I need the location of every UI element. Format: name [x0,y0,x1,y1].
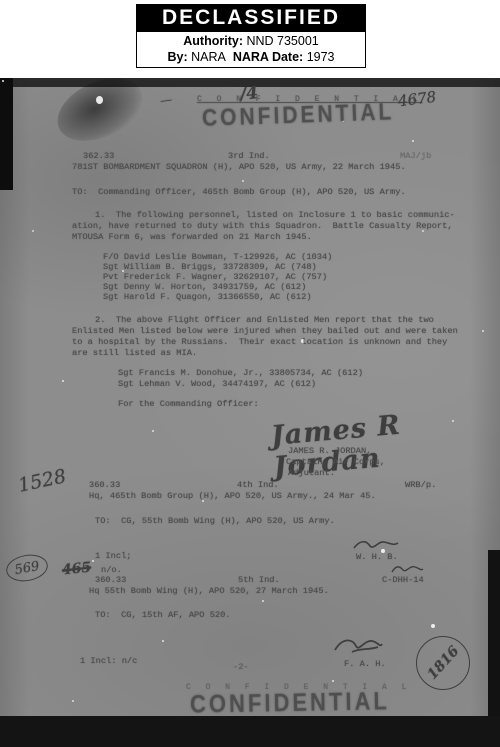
film-edge-bottom [0,716,500,747]
handwritten-register-number: 4678 [397,88,437,111]
nara-line: By: NARA NARA Date: 1973 [137,50,365,64]
mia-personnel-row: Sgt Lehman V. Wood, 34474197, AC (612) [118,379,316,389]
para1-line3: MTOUSA Form 6, was forwarded on 21 March… [72,232,312,242]
handwritten-check-mark: — [159,92,173,108]
nara-date-value: 1973 [307,50,335,64]
signer-initials-whb: W. H. B. [356,552,398,562]
authority-value: NND 735001 [246,34,318,48]
handwritten-circled-569: 569 [4,552,50,585]
from-line-3rd: 781ST BOMBARDMENT SQUADRON (H), APO 520,… [72,162,406,172]
indorsement-label-4th: 4th Ind. [237,480,279,490]
authority-label: Authority: [183,34,243,48]
file-number-5th: 360.33 [95,575,126,585]
by-value: NARA [191,50,226,64]
para1-line2: ation, have returned to duty with this S… [72,221,453,231]
incl-line-4th: 1 Incl; [95,551,132,561]
handwritten-circled-1816: 1816 [416,636,470,690]
personnel-row: Pvt Frederick F. Wagner, 32629107, AC (7… [103,272,327,282]
circled-number-text: 1816 [424,643,462,683]
reference-code: C-DHH-14 [382,575,424,585]
from-line-4th: Hq, 465th Bomb Group (H), APO 520, US Ar… [89,491,376,501]
handwritten-number-1528: 1528 [16,465,68,497]
page-marker: -2- [233,662,249,672]
indorsement-label-3rd: 3rd Ind. [228,151,270,161]
mia-personnel-row: Sgt Francis M. Donohue, Jr., 33805734, A… [118,368,363,378]
confidential-stamp-top: CONFIDENTIAL [202,99,395,133]
handwritten-mark-over-code [390,563,424,575]
file-number-3rd: 362.33 [83,151,114,161]
para1-line1: 1. The following personnel, listed on In… [95,210,455,220]
declassified-title: DECLASSIFIED [137,5,365,32]
to-line-3rd: TO: Commanding Officer, 465th Bomb Group… [72,187,406,197]
para2-line1: 2. The above Flight Officer and Enlisted… [95,315,434,325]
signer-name: JAMES R. JORDAN, [288,446,371,456]
film-edge-left [0,78,13,190]
para2-line4: are still listed as MIA. [72,348,197,358]
film-specks [2,80,4,82]
no-change-note: n/o. [101,565,122,575]
signer-initials-fah: F. A. H. [344,659,386,669]
file-number-4th: 360.33 [89,480,120,490]
punch-hole-highlight [96,96,103,104]
incl-line-5th: 1 Incl: n/c [80,656,137,666]
confidential-stamp-bottom: CONFIDENTIAL [190,686,390,719]
personnel-row: Sgt William B. Briggs, 33728309, AC (748… [103,262,317,272]
signer-title: Captain, Air Corps, [286,457,385,467]
para2-line2: Enlisted Men listed below were injured w… [72,326,458,336]
from-line-5th: Hq 55th Bomb Wing (H), APO 520, 27 March… [89,586,329,596]
declassified-banner: DECLASSIFIED Authority: NND 735001 By: N… [136,4,366,68]
authority-line: Authority: NND 735001 [137,34,365,48]
handwritten-struck-465: 465 [61,560,92,579]
for-commanding-officer-line: For the Commanding Officer: [118,399,259,409]
personnel-row: Sgt Denny W. Horton, 34931759, AC (612) [103,282,306,292]
signer-role: Adjutant. [288,468,335,478]
handwritten-initials-squiggle-whb [352,538,400,552]
personnel-row: Sgt Harold F. Quagon, 31366550, AC (612) [103,292,312,302]
handwritten-initials-squiggle-fah [332,636,384,656]
office-initials-3rd: MAJ/jb [400,151,431,161]
by-label: By: [168,50,188,64]
nara-date-label: NARA Date: [233,50,303,64]
personnel-row: F/O David Leslie Bowman, T-129926, AC (1… [103,252,332,262]
office-initials-4th: WRB/p. [405,480,436,490]
para2-line3: to a hospital by the Russians. Their exa… [72,337,447,347]
to-line-4th: TO: CG, 55th Bomb Wing (H), APO 520, US … [95,516,335,526]
to-line-5th: TO: CG, 15th AF, APO 520. [95,610,231,620]
indorsement-label-5th: 5th Ind. [238,575,280,585]
scanned-document: — /4 C O N F I D E N T I A L CONFIDENTIA… [0,78,500,747]
